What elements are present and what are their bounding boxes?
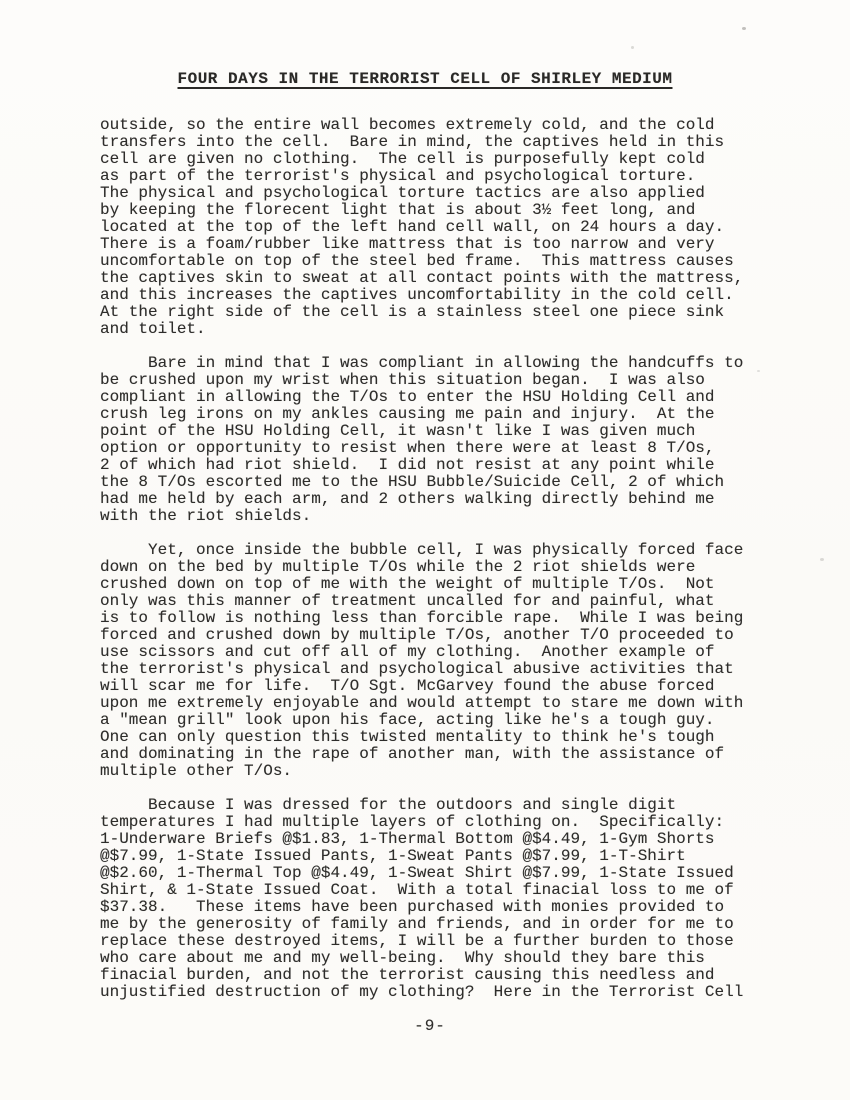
paragraph: Because I was dressed for the outdoors a… (100, 797, 760, 1001)
document-title: FOUR DAYS IN THE TERRORIST CELL OF SHIRL… (0, 0, 850, 88)
document-body: outside, so the entire wall becomes extr… (100, 117, 760, 1001)
paragraph: outside, so the entire wall becomes extr… (100, 117, 760, 338)
paragraph: Yet, once inside the bubble cell, I was … (100, 542, 760, 780)
paragraph: Bare in mind that I was compliant in all… (100, 355, 760, 525)
document-page: FOUR DAYS IN THE TERRORIST CELL OF SHIRL… (0, 0, 850, 1100)
page-number: -9- (100, 1018, 760, 1035)
